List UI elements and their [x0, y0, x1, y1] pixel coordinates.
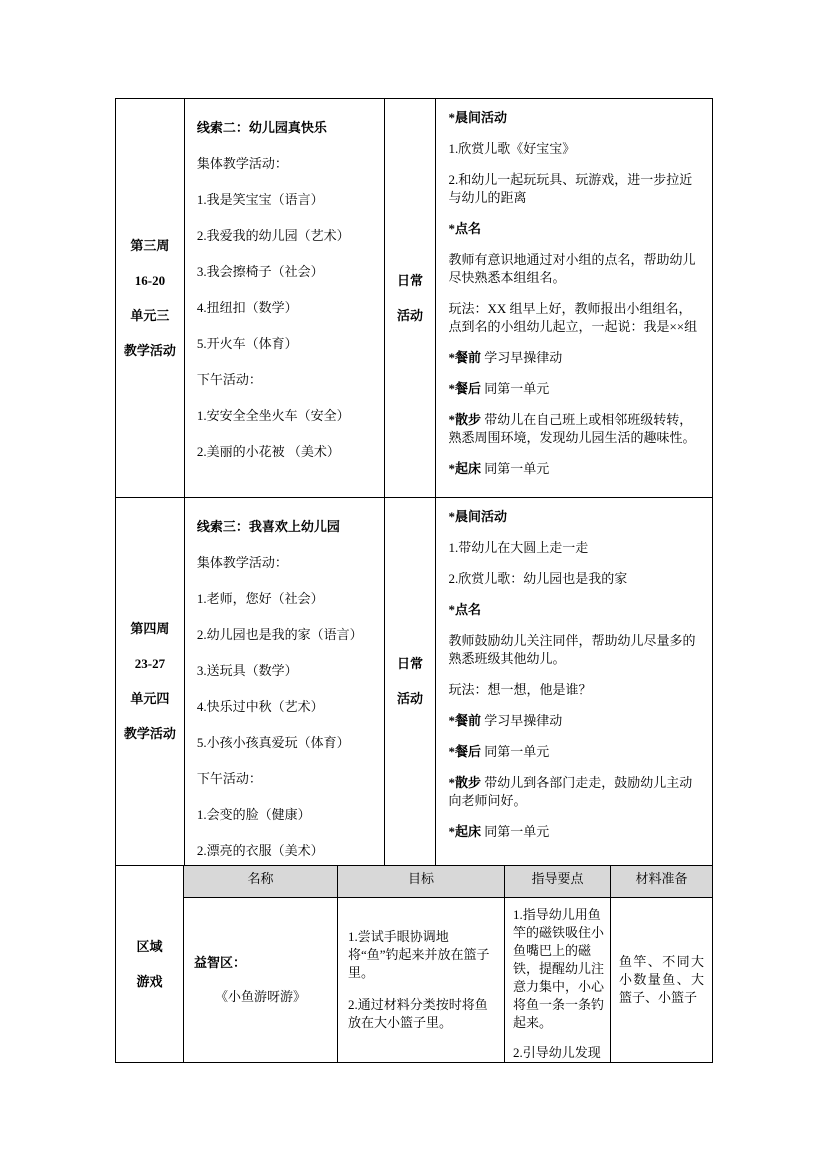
header-name: 名称 — [184, 866, 338, 898]
paragraph: 活动 — [397, 307, 423, 325]
week-label-cell: 第四周23-27单元四教学活动 — [116, 498, 185, 866]
paragraph: 1.尝试手眼协调地将“鱼”钓起来并放在篮子里。 — [348, 928, 494, 982]
game-name-cell: 益智区： 《小鱼游呀游》 — [184, 898, 338, 1063]
paragraph: *餐后 同第一单元 — [448, 380, 702, 398]
paragraph: 下午活动： — [197, 770, 372, 788]
paragraph: 1.会变的脸（健康） — [197, 806, 372, 824]
zone-title: 益智区： — [194, 954, 327, 972]
paragraph: 1.带幼儿在大圆上走一走 — [448, 539, 702, 557]
paragraph: 1.我是笑宝宝（语言） — [197, 191, 372, 209]
teaching-activities-cell: 线索二：幼儿园真快乐 集体教学活动：1.我是笑宝宝（语言）2.我爱我的幼儿园（艺… — [185, 99, 385, 498]
clue-title: 线索二：幼儿园真快乐 — [197, 119, 372, 137]
guidance-points-cell: 1.指导幼儿用鱼竿的磁铁吸住小鱼嘴巴上的磁铁，提醒幼儿注意力集中，小心将鱼一条一… — [505, 898, 611, 1063]
teaching-activities-cell: 线索三：我喜欢上幼儿园 集体教学活动：1.老师，您好（社会）2.幼儿园也是我的家… — [185, 498, 385, 866]
table-row: 第三周16-20单元三教学活动 线索二：幼儿园真快乐 集体教学活动：1.我是笑宝… — [116, 99, 713, 498]
region-games-section: 区域游戏 名称 目标 指导要点 材料准备 益智区： 《小鱼游呀游》 1.尝试手眼… — [116, 866, 713, 1063]
teaching-activity-list: 集体教学活动：1.我是笑宝宝（语言）2.我爱我的幼儿园（艺术）3.我会擦椅子（社… — [197, 155, 372, 461]
paragraph: 5.小孩小孩真爱玩（体育） — [197, 734, 372, 752]
paragraph: 4.快乐过中秋（艺术） — [197, 698, 372, 716]
clue-title: 线索三：我喜欢上幼儿园 — [197, 518, 372, 536]
header-materials: 材料准备 — [611, 866, 713, 898]
paragraph: 1.欣赏儿歌《好宝宝》 — [448, 140, 702, 158]
paragraph: 教学活动 — [124, 725, 176, 743]
paragraph: 2.通过材料分类按时将鱼放在大小篮子里。 — [348, 996, 494, 1032]
region-games-header-row: 名称 目标 指导要点 材料准备 — [184, 866, 713, 898]
paragraph: *点名 — [448, 601, 702, 619]
paragraph: 教学活动 — [124, 342, 176, 360]
game-goal-cell: 1.尝试手眼协调地将“鱼”钓起来并放在篮子里。2.通过材料分类按时将鱼放在大小篮… — [338, 898, 505, 1063]
paragraph: 2.引导幼儿发现 — [513, 1044, 604, 1062]
paragraph: 集体教学活动： — [197, 554, 372, 572]
daily-activity-detail-cell: *晨间活动1.欣赏儿歌《好宝宝》2.和幼儿一起玩玩具、玩游戏，进一步拉近与幼儿的… — [436, 99, 713, 498]
daily-activity-detail-cell: *晨间活动1.带幼儿在大圆上走一走2.欣赏儿歌：幼儿园也是我的家*点名教师鼓励幼… — [436, 498, 713, 866]
paragraph: 1.安安全全坐火车（安全） — [197, 407, 372, 425]
daily-activity-label-cell: 日常活动 — [385, 99, 437, 498]
paragraph: 第三周 — [130, 237, 169, 255]
region-games-label-cell: 区域游戏 — [116, 866, 184, 1063]
paragraph: 教师鼓励幼儿关注同伴，帮助幼儿尽量多的熟悉班级其他幼儿。 — [448, 632, 702, 668]
paragraph: 5.开火车（体育） — [197, 335, 372, 353]
paragraph: 2.我爱我的幼儿园（艺术） — [197, 227, 372, 245]
paragraph: 2.漂亮的衣服（美术） — [197, 842, 372, 860]
paragraph: 单元三 — [130, 307, 169, 325]
paragraph: *点名 — [448, 220, 702, 238]
paragraph: *散步 带幼儿到各部门走走，鼓励幼儿主动向老师问好。 — [448, 774, 702, 810]
header-guidance-points: 指导要点 — [505, 866, 611, 898]
paragraph: 23-27 — [135, 655, 165, 673]
document-page: { "weeks": [ { "week_label": ["第三周", "16… — [0, 0, 827, 1170]
header-goal: 目标 — [338, 866, 505, 898]
paragraph: 3.送玩具（数学） — [197, 662, 372, 680]
paragraph: *晨间活动 — [448, 109, 702, 127]
paragraph: 1.指导幼儿用鱼竿的磁铁吸住小鱼嘴巴上的磁铁，提醒幼儿注意力集中，小心将鱼一条一… — [513, 906, 604, 1032]
paragraph: 第四周 — [130, 620, 169, 638]
paragraph: 集体教学活动： — [197, 155, 372, 173]
paragraph: 活动 — [397, 690, 423, 708]
materials-cell: 鱼竿、不同大小数量鱼、大篮子、小篮子 — [611, 898, 713, 1063]
paragraph: *晨间活动 — [448, 508, 702, 526]
week-label-cell: 第三周16-20单元三教学活动 — [116, 99, 185, 498]
paragraph: 单元四 — [130, 690, 169, 708]
table-row: 第四周23-27单元四教学活动 线索三：我喜欢上幼儿园 集体教学活动：1.老师，… — [116, 498, 713, 866]
paragraph: 玩法：想一想，他是谁？ — [448, 681, 702, 699]
paragraph: 日常 — [397, 272, 423, 290]
daily-activity-label-cell: 日常活动 — [385, 498, 437, 866]
paragraph: *餐后 同第一单元 — [448, 743, 702, 761]
materials-text: 鱼竿、不同大小数量鱼、大篮子、小篮子 — [619, 953, 704, 1007]
paragraph: 2.幼儿园也是我的家（语言） — [197, 626, 372, 644]
paragraph: 2.欣赏儿歌：幼儿园也是我的家 — [448, 570, 702, 588]
paragraph: *起床 同第一单元 — [448, 823, 702, 841]
region-games-table: 名称 目标 指导要点 材料准备 益智区： 《小鱼游呀游》 1.尝试手眼协调地将“… — [184, 866, 713, 1063]
paragraph: 区域 — [136, 938, 162, 956]
paragraph: 玩法：XX 组早上好，教师报出小组组名，点到名的小组幼儿起立，一起说：我是××组 — [448, 300, 702, 336]
teaching-activity-list: 集体教学活动：1.老师，您好（社会）2.幼儿园也是我的家（语言）3.送玩具（数学… — [197, 554, 372, 860]
lesson-plan-table: 第三周16-20单元三教学活动 线索二：幼儿园真快乐 集体教学活动：1.我是笑宝… — [115, 98, 713, 1063]
paragraph: 游戏 — [136, 973, 162, 991]
paragraph: 下午活动： — [197, 371, 372, 389]
paragraph: 3.我会擦椅子（社会） — [197, 263, 372, 281]
paragraph: *散步 带幼儿在自己班上或相邻班级转转，熟悉周围环境，发现幼儿园生活的趣味性。 — [448, 411, 702, 447]
paragraph: 2.美丽的小花被 （美术） — [197, 443, 372, 461]
paragraph: 2.和幼儿一起玩玩具、玩游戏，进一步拉近与幼儿的距离 — [448, 171, 702, 207]
paragraph: 日常 — [397, 655, 423, 673]
paragraph: 4.扭纽扣（数学） — [197, 299, 372, 317]
game-title: 《小鱼游呀游》 — [194, 988, 327, 1006]
region-games-content-row: 益智区： 《小鱼游呀游》 1.尝试手眼协调地将“鱼”钓起来并放在篮子里。2.通过… — [184, 898, 713, 1063]
paragraph: 16-20 — [135, 272, 165, 290]
paragraph: *餐前 学习早操律动 — [448, 349, 702, 367]
paragraph: 1.老师，您好（社会） — [197, 590, 372, 608]
paragraph: *餐前 学习早操律动 — [448, 712, 702, 730]
paragraph: *起床 同第一单元 — [448, 460, 702, 478]
paragraph: 教师有意识地通过对小组的点名，帮助幼儿尽快熟悉本组组名。 — [448, 251, 702, 287]
